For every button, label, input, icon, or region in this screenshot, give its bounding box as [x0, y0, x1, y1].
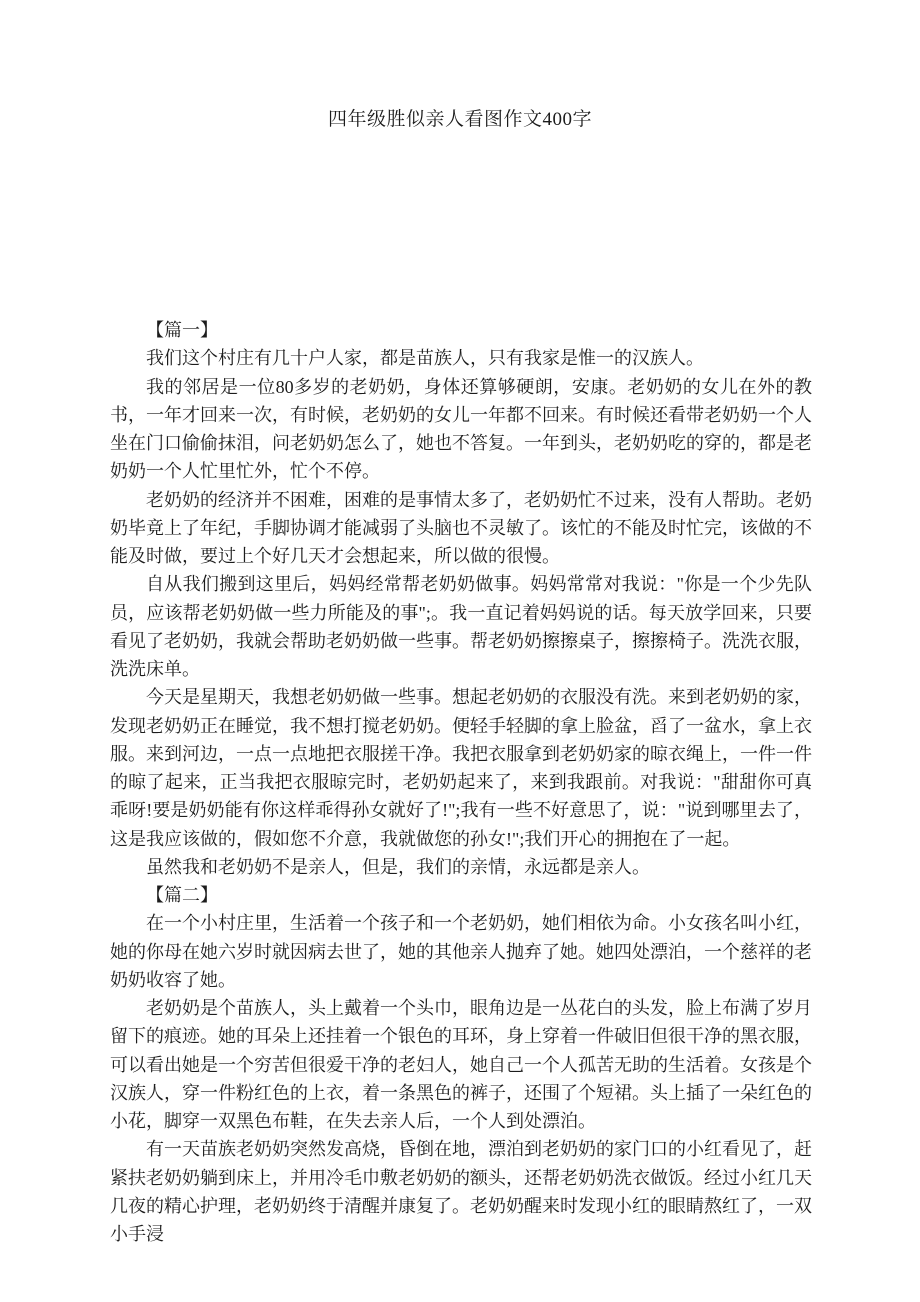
paragraph: 老奶奶是个苗族人，头上戴着一个头巾，眼角边是一丛花白的头发，脸上布满了岁月留下的…	[110, 994, 812, 1135]
document-body: 【篇一】 我们这个村庄有几十户人家，都是苗族人，只有我家是惟一的汉族人。 我的邻…	[110, 316, 812, 1248]
paragraph: 虽然我和老奶奶不是亲人，但是，我们的亲情，永远都是亲人。	[110, 853, 812, 881]
section-heading-1: 【篇一】	[110, 316, 812, 344]
paragraph: 老奶奶的经济并不困难，困难的是事情太多了，老奶奶忙不过来，没有人帮助。老奶奶毕竟…	[110, 486, 812, 571]
paragraph: 今天是星期天，我想老奶奶做一些事。想起老奶奶的衣服没有洗。来到老奶奶的家，发现老…	[110, 683, 812, 853]
paragraph: 有一天苗族老奶奶突然发高烧，昏倒在地，漂泊到老奶奶的家门口的小红看见了，赶紧扶老…	[110, 1135, 812, 1248]
paragraph: 自从我们搬到这里后，妈妈经常帮老奶奶做事。妈妈常常对我说："你是一个少先队员，应…	[110, 570, 812, 683]
paragraph: 在一个小村庄里，生活着一个孩子和一个老奶奶，她们相依为命。小女孩名叫小红，她的你…	[110, 909, 812, 994]
section-heading-2: 【篇二】	[110, 881, 812, 909]
paragraph: 我们这个村庄有几十户人家，都是苗族人，只有我家是惟一的汉族人。	[110, 344, 812, 372]
document-title: 四年级胜似亲人看图作文400字	[0, 0, 920, 134]
paragraph: 我的邻居是一位80多岁的老奶奶，身体还算够硬朗，安康。老奶奶的女儿在外的教书，一…	[110, 373, 812, 486]
document-page: 四年级胜似亲人看图作文400字 【篇一】 我们这个村庄有几十户人家，都是苗族人，…	[0, 0, 920, 1302]
blank-space	[0, 134, 920, 316]
